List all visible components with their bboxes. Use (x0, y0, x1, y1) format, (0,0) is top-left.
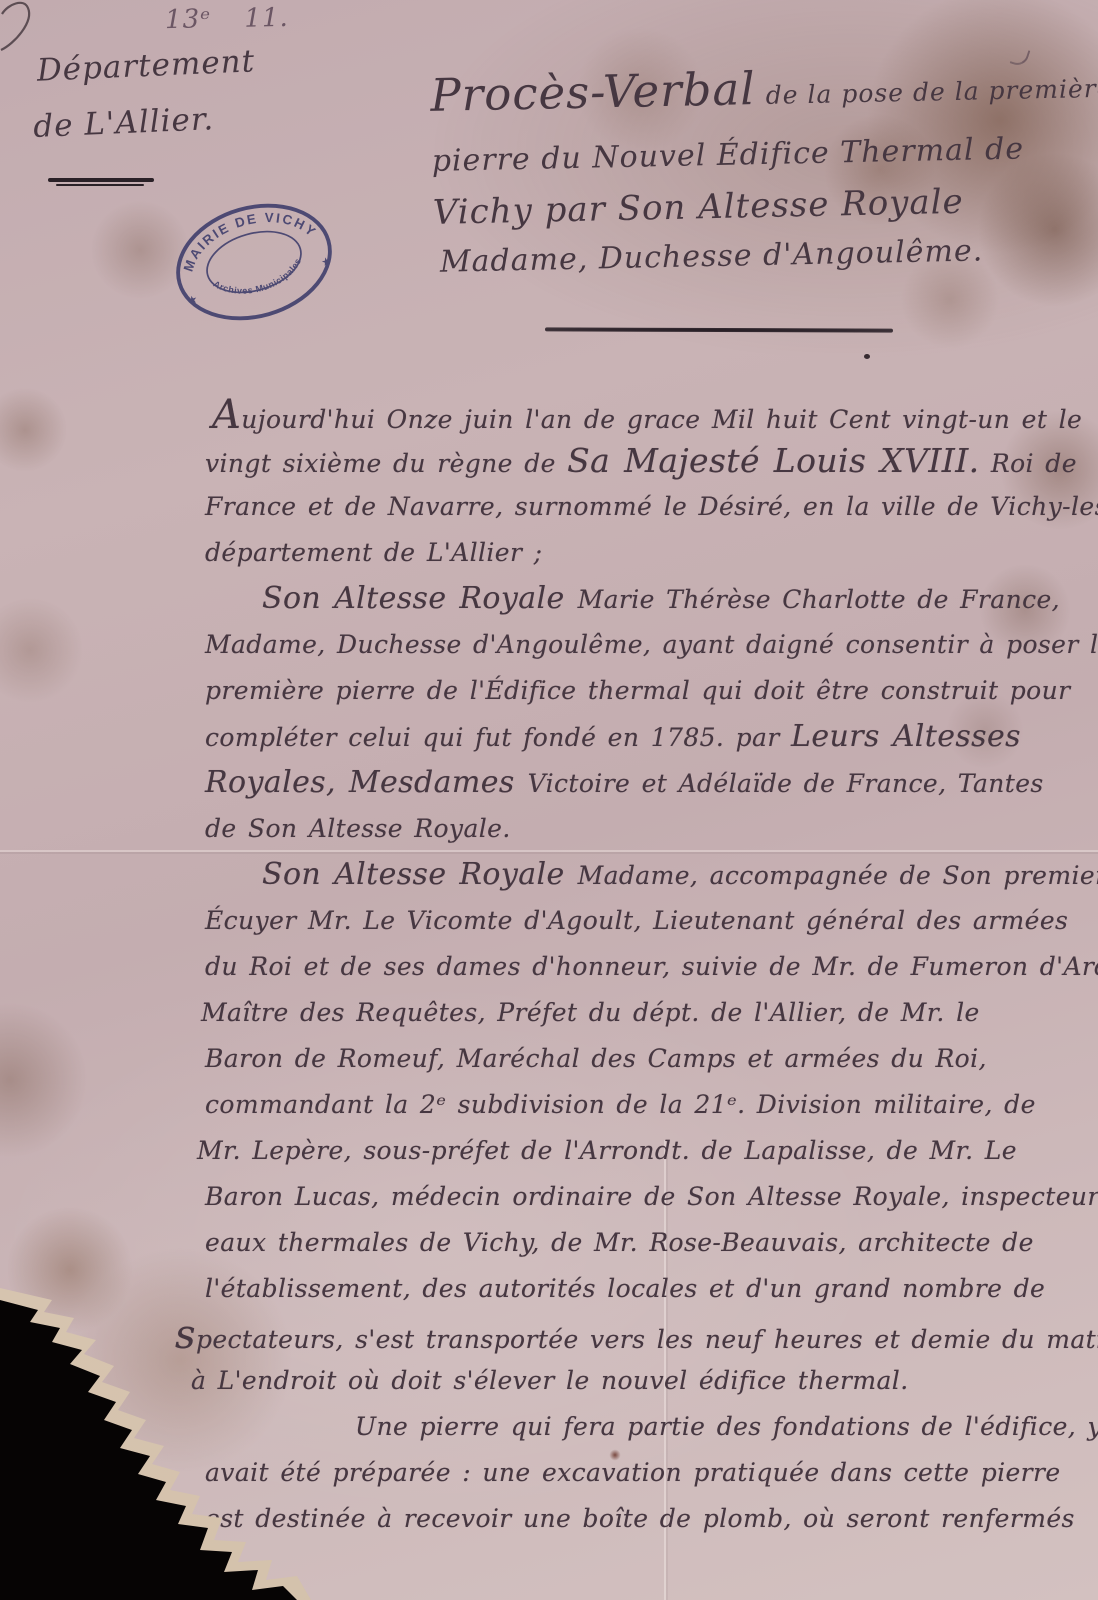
text-line: de Son Altesse Royale. (150, 806, 1090, 852)
text-line: eaux thermales de Vichy, de Mr. Rose-Bea… (150, 1220, 1090, 1266)
text-line: l'établissement, des autorités locales e… (150, 1266, 1090, 1312)
text-line: est destinée à recevoir une boîte de plo… (150, 1496, 1090, 1542)
department-line2: de L'Allier. (33, 99, 259, 145)
text-line: Aujourd'hui Onze juin l'an de grace Mil … (150, 392, 1090, 438)
text-line: Royales, Mesdames Victoire et Adélaïde d… (150, 760, 1090, 806)
text-line: Son Altesse Royale Marie Thérèse Charlot… (150, 576, 1090, 622)
department-underline (48, 178, 154, 186)
text-line: du Roi et de ses dames d'honneur, suivie… (150, 944, 1090, 990)
text-line: Son Altesse Royale Madame, accompagnée d… (150, 852, 1090, 898)
text-line: à L'endroit où doit s'élever le nouvel é… (136, 1358, 1090, 1404)
text-line: vingt sixième du règne de Sa Majesté Lou… (150, 438, 1090, 484)
document-page: 13ᵉ 11. Département de L'Allier. MAIRIE … (0, 0, 1098, 1600)
text-line: département de L'Allier ; (150, 530, 1090, 576)
photograph-scene: 13ᵉ 11. Département de L'Allier. MAIRIE … (0, 0, 1098, 1600)
text-line: Baron Lucas, médecin ordinaire de Son Al… (150, 1174, 1090, 1220)
stamp-bottom-text: Archives Municipales (210, 254, 309, 306)
text-line: Écuyer Mr. Le Vicomte d'Agoult, Lieutena… (150, 898, 1090, 944)
text-line: Baron de Romeuf, Maréchal des Camps et a… (150, 1036, 1090, 1082)
text-line: Maître des Requêtes, Préfet du dépt. de … (146, 990, 1090, 1036)
manuscript-body: Aujourd'hui Onze juin l'an de grace Mil … (150, 392, 1090, 1542)
ink-dot (864, 354, 870, 359)
document-title: Procès-Verbalde la pose de la première p… (430, 51, 1095, 287)
text-line: spectateurs, s'est transportée vers les … (120, 1312, 1090, 1358)
text-line: avait été préparée : une excavation prat… (150, 1450, 1090, 1496)
text-line: Mr. Lepère, sous-préfet de l'Arrondt. de… (142, 1128, 1090, 1174)
text-line: Madame, Duchesse d'Angoulême, ayant daig… (150, 622, 1090, 668)
text-line: compléter celui qui fut fondé en 1785. p… (150, 714, 1090, 760)
text-line: Une pierre qui fera partie des fondation… (150, 1404, 1090, 1450)
title-lead: Procès-Verbal (430, 62, 756, 122)
mairie-de-vichy-stamp: MAIRIE DE VICHY Archives Municipales ★ ★ (153, 175, 355, 349)
text-line: France et de Navarre, surnommé le Désiré… (150, 484, 1090, 530)
stamp-star-left-icon: ★ (186, 293, 199, 308)
title-divider-rule (545, 327, 893, 332)
text-line: commandant la 2ᵉ subdivision de la 21ᵉ. … (150, 1082, 1090, 1128)
corner-flourish-mark (0, 0, 70, 56)
text-line: première pierre de l'Édifice thermal qui… (150, 668, 1090, 714)
title-line1: Procès-Verbalde la pose de la première (430, 51, 1091, 137)
department-heading: Département de L'Allier. (36, 43, 258, 144)
svg-text:Archives Municipales: Archives Municipales (210, 254, 309, 306)
archival-cote-note: 13ᵉ 11. (165, 3, 289, 35)
